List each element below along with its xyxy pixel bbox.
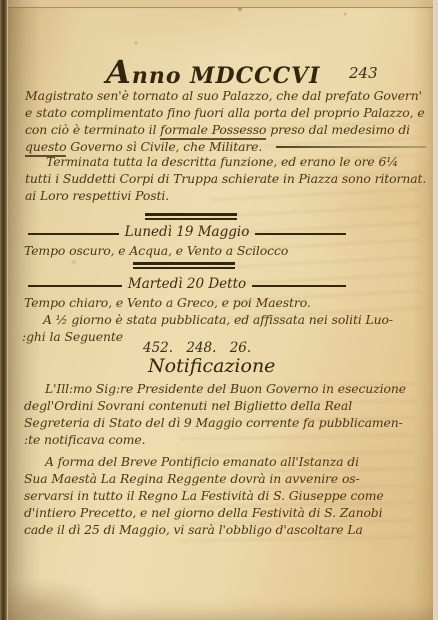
section-divider-rule <box>145 213 237 220</box>
paragraph-funzione: Terminata tutta la descritta funzione, e… <box>25 153 426 204</box>
manuscript-line: Sua Maestà La Regina Reggente dovrà in a… <box>24 470 384 487</box>
manuscript-line: con ciò è terminato il formale Possesso … <box>25 121 426 138</box>
line-segment: Governo sì Civile, che Militare. <box>66 139 262 154</box>
paragraph-possesso: Magistrato sen'è tornato al suo Palazzo,… <box>25 87 426 155</box>
manuscript-line: tutti i Suddetti Corpi di Truppa schiera… <box>25 170 426 187</box>
heading-rule-left <box>28 285 122 287</box>
day-heading-label: Lunedì 19 Maggio <box>119 224 256 240</box>
manuscript-line: servarsi in tutto il Regno La Festività … <box>24 487 384 504</box>
weather-line-martedi: Tempo chiaro, e Vento a Greco, e poi Mae… <box>24 294 311 311</box>
manuscript-line: e stato complimentato fino fuori alla po… <box>25 104 426 121</box>
manuscript-line: degl'Ordini Sovrani contenuti nel Biglie… <box>24 397 406 414</box>
notification-heading: Notificazione <box>148 355 275 377</box>
weather-line-lunedi: Tempo oscuro, e Acqua, e Vento a Scilocc… <box>24 242 288 259</box>
line-segment: preso dal medesimo di <box>266 122 410 137</box>
manuscript-line: Segreteria di Stato del dì 9 Maggio corr… <box>24 414 406 431</box>
manuscript-line: L'Ill:mo Sig:re Presidente del Buon Gove… <box>24 380 406 397</box>
manuscript-scan: Anno MDCCCVI 243 Magistrato sen'è tornat… <box>0 0 438 620</box>
manuscript-line: Terminata tutta la descritta funzione, e… <box>25 153 426 170</box>
heading-rule-left <box>28 233 119 235</box>
notification-paragraph-2: A forma del Breve Pontificio emanato all… <box>24 453 384 538</box>
day-heading-martedi: Martedì 20 Detto <box>28 276 346 292</box>
lottery-numbers: 452. 248. 26. <box>143 340 251 356</box>
day-heading-lunedi: Lunedì 19 Maggio <box>28 224 346 240</box>
manuscript-line: Magistrato sen'è tornato al suo Palazzo,… <box>25 87 426 104</box>
manuscript-content: Anno MDCCCVI 243 Magistrato sen'è tornat… <box>0 0 438 620</box>
year-heading: Anno MDCCCVI <box>106 53 320 91</box>
section-divider-rule <box>133 262 235 269</box>
day-heading-label: Martedì 20 Detto <box>122 276 252 292</box>
notification-paragraph-1: L'Ill:mo Sig:re Presidente del Buon Gove… <box>24 380 406 448</box>
manuscript-line: A ½ giorno è stata pubblicata, ed affiss… <box>22 311 393 328</box>
flourish-line <box>276 146 426 148</box>
manuscript-line: :te notificava come. <box>24 431 406 448</box>
heading-rule-right <box>255 233 346 235</box>
manuscript-line: A forma del Breve Pontificio emanato all… <box>24 453 384 470</box>
heading-rule-right <box>252 285 346 287</box>
line-segment: con ciò è terminato il <box>25 122 160 137</box>
manuscript-line: ai Loro respettivi Posti. <box>25 187 426 204</box>
manuscript-line: cade il dì 25 di Maggio, vi sarà l'obbli… <box>24 521 384 538</box>
page-number: 243 <box>349 64 378 82</box>
manuscript-line: d'intiero Precetto, e nel giorno della F… <box>24 504 384 521</box>
